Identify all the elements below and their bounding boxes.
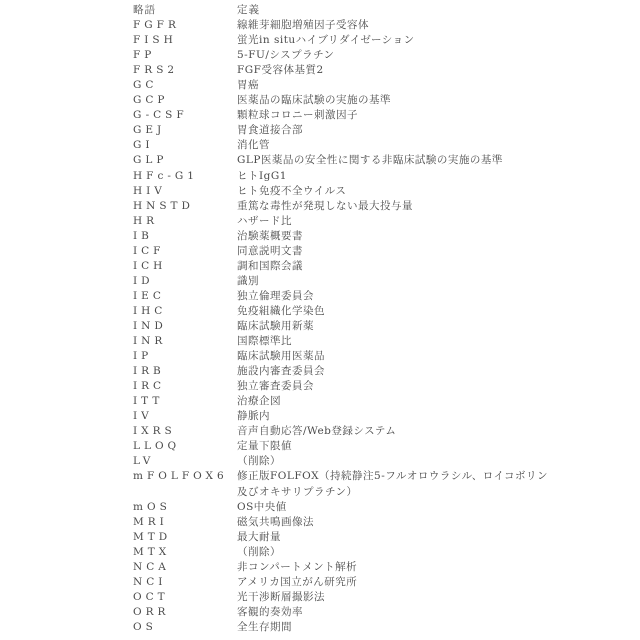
definition-cell: 同意説明文書	[237, 244, 549, 259]
table-row: ICH調和国際会議	[133, 259, 600, 274]
abbreviation-cell: mFOLFOX6	[133, 469, 237, 484]
definition-cell: 臨床試験用新薬	[237, 319, 549, 334]
abbreviation-cell: IXRS	[133, 424, 237, 439]
table-row: IRB施設内審査委員会	[133, 364, 600, 379]
abbreviation-column-header: 略語	[133, 3, 237, 18]
table-row: ITT治療企図	[133, 394, 600, 409]
definition-cell: 独立倫理委員会	[237, 289, 549, 304]
abbreviation-cell: OS	[133, 620, 237, 635]
definition-cell: ヒト免疫不全ウイルス	[237, 184, 549, 199]
table-row: FP5-FU/シスプラチン	[133, 48, 600, 63]
abbreviation-cell: GLP	[133, 153, 237, 168]
abbreviation-cell: NCI	[133, 575, 237, 590]
definition-cell: 静脈内	[237, 409, 549, 424]
abbreviation-cell: MTX	[133, 545, 237, 560]
table-row: IRC独立審査委員会	[133, 379, 600, 394]
definition-cell: 免疫組織化学染色	[237, 304, 549, 319]
glossary-header-row: 略語 定義	[133, 3, 600, 18]
table-row: ID識別	[133, 274, 600, 289]
abbreviation-cell: LV	[133, 454, 237, 469]
abbreviation-cell: ICF	[133, 244, 237, 259]
table-row: NCIアメリカ国立がん研究所	[133, 575, 600, 590]
abbreviation-cell: ORR	[133, 605, 237, 620]
definition-cell: 識別	[237, 274, 549, 289]
abbreviation-cell: FGFR	[133, 18, 237, 33]
table-row: ICF同意説明文書	[133, 244, 600, 259]
table-row: MRI磁気共鳴画像法	[133, 515, 600, 530]
abbreviation-cell: GCP	[133, 93, 237, 108]
table-row: IEC独立倫理委員会	[133, 289, 600, 304]
table-row: G-CSF顆粒球コロニー刺激因子	[133, 108, 600, 123]
abbreviation-cell: IRB	[133, 364, 237, 379]
definition-cell: 顆粒球コロニー刺激因子	[237, 108, 549, 123]
definition-cell: （削除）	[237, 454, 549, 469]
table-row: HFc-G1ヒトIgG1	[133, 169, 600, 184]
definition-cell: （削除）	[237, 545, 549, 560]
definition-cell: FGF受容体基質2	[237, 63, 549, 78]
table-row: HNSTD重篤な毒性が発現しない最大投与量	[133, 199, 600, 214]
abbreviation-cell: FRS2	[133, 63, 237, 78]
table-row: GC胃癌	[133, 78, 600, 93]
table-row: NCA非コンパートメント解析	[133, 560, 600, 575]
definition-cell: 音声自動応答/Web登録システム	[237, 424, 549, 439]
definition-cell: 独立審査委員会	[237, 379, 549, 394]
abbreviation-cell: ITT	[133, 394, 237, 409]
table-row: GCP医薬品の臨床試験の実施の基準	[133, 93, 600, 108]
abbreviation-cell: GEJ	[133, 123, 237, 138]
abbreviation-cell: MRI	[133, 515, 237, 530]
definition-cell: 臨床試験用医薬品	[237, 349, 549, 364]
glossary-rows: FGFR線維芽細胞増殖因子受容体FISH蛍光in situハイブリダイゼーション…	[133, 18, 600, 635]
definition-cell: 医薬品の臨床試験の実施の基準	[237, 93, 549, 108]
definition-cell: 治験薬概要書	[237, 229, 549, 244]
definition-cell: 蛍光in situハイブリダイゼーション	[237, 33, 549, 48]
abbreviation-cell: mOS	[133, 500, 237, 515]
table-row: LLOQ定量下限値	[133, 439, 600, 454]
abbreviation-cell: LLOQ	[133, 439, 237, 454]
definition-cell: 治療企図	[237, 394, 549, 409]
abbreviation-cell: GC	[133, 78, 237, 93]
table-row: LV（削除）	[133, 454, 600, 469]
table-row: OS全生存期間	[133, 620, 600, 635]
abbreviation-cell: HR	[133, 214, 237, 229]
definition-cell: 定量下限値	[237, 439, 549, 454]
abbreviation-cell: INR	[133, 334, 237, 349]
table-row: GI消化管	[133, 138, 600, 153]
table-row: HIVヒト免疫不全ウイルス	[133, 184, 600, 199]
table-row: FISH蛍光in situハイブリダイゼーション	[133, 33, 600, 48]
table-row: FGFR線維芽細胞増殖因子受容体	[133, 18, 600, 33]
table-row: IB治験薬概要書	[133, 229, 600, 244]
table-row: ORR客観的奏効率	[133, 605, 600, 620]
table-row: HRハザード比	[133, 214, 600, 229]
table-row: MTD最大耐量	[133, 530, 600, 545]
definition-cell: GLP医薬品の安全性に関する非臨床試験の実施の基準	[237, 153, 549, 168]
table-row: IP臨床試験用医薬品	[133, 349, 600, 364]
abbreviation-cell: MTD	[133, 530, 237, 545]
abbreviation-cell: ID	[133, 274, 237, 289]
table-row: GLPGLP医薬品の安全性に関する非臨床試験の実施の基準	[133, 153, 600, 168]
table-row: MTX（削除）	[133, 545, 600, 560]
definition-cell: 施設内審査委員会	[237, 364, 549, 379]
table-row: OCT光干渉断層撮影法	[133, 590, 600, 605]
definition-cell: ハザード比	[237, 214, 549, 229]
table-row: FRS2FGF受容体基質2	[133, 63, 600, 78]
definition-cell: 全生存期間	[237, 620, 549, 635]
glossary-page: 略語 定義 FGFR線維芽細胞増殖因子受容体FISH蛍光in situハイブリダ…	[0, 0, 640, 640]
abbreviation-cell: IEC	[133, 289, 237, 304]
abbreviation-cell: IRC	[133, 379, 237, 394]
definition-cell: 胃食道接合部	[237, 123, 549, 138]
table-row: IHC免疫組織化学染色	[133, 304, 600, 319]
abbreviation-cell: OCT	[133, 590, 237, 605]
definition-cell: 光干渉断層撮影法	[237, 590, 549, 605]
definition-cell: 胃癌	[237, 78, 549, 93]
table-row: IXRS音声自動応答/Web登録システム	[133, 424, 600, 439]
definition-cell: 重篤な毒性が発現しない最大投与量	[237, 199, 549, 214]
table-row: GEJ胃食道接合部	[133, 123, 600, 138]
abbreviation-cell: IND	[133, 319, 237, 334]
abbreviation-cell: IB	[133, 229, 237, 244]
definition-cell: OS中央値	[237, 500, 549, 515]
abbreviation-cell: G-CSF	[133, 108, 237, 123]
abbreviation-cell: HNSTD	[133, 199, 237, 214]
definition-cell: ヒトIgG1	[237, 169, 549, 184]
table-row: mOSOS中央値	[133, 500, 600, 515]
definition-cell: 消化管	[237, 138, 549, 153]
table-row: IND臨床試験用新薬	[133, 319, 600, 334]
abbreviation-cell: IP	[133, 349, 237, 364]
definition-cell: 線維芽細胞増殖因子受容体	[237, 18, 549, 33]
abbreviation-cell: GI	[133, 138, 237, 153]
definition-column-header: 定義	[237, 3, 549, 18]
definition-cell: 修正版FOLFOX（持続静注5-フルオロウラシル、ロイコボリン及びオキサリプラチ…	[237, 469, 549, 499]
definition-cell: 磁気共鳴画像法	[237, 515, 549, 530]
table-row: INR国際標準比	[133, 334, 600, 349]
table-row: mFOLFOX6修正版FOLFOX（持続静注5-フルオロウラシル、ロイコボリン及…	[133, 469, 600, 499]
abbreviation-cell: ICH	[133, 259, 237, 274]
abbreviation-cell: IV	[133, 409, 237, 424]
abbreviation-cell: NCA	[133, 560, 237, 575]
abbreviation-cell: FISH	[133, 33, 237, 48]
abbreviation-cell: HIV	[133, 184, 237, 199]
definition-cell: 調和国際会議	[237, 259, 549, 274]
abbreviation-cell: FP	[133, 48, 237, 63]
definition-cell: 最大耐量	[237, 530, 549, 545]
definition-cell: 非コンパートメント解析	[237, 560, 549, 575]
abbreviation-cell: IHC	[133, 304, 237, 319]
definition-cell: 客観的奏効率	[237, 605, 549, 620]
definition-cell: 5-FU/シスプラチン	[237, 48, 549, 63]
definition-cell: アメリカ国立がん研究所	[237, 575, 549, 590]
definition-cell: 国際標準比	[237, 334, 549, 349]
abbreviation-cell: HFc-G1	[133, 169, 237, 184]
table-row: IV静脈内	[133, 409, 600, 424]
